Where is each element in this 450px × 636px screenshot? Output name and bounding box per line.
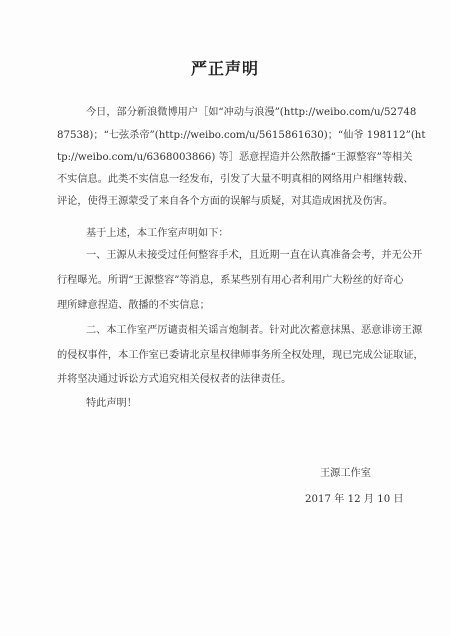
signature-org: 王源工作室: [320, 464, 371, 479]
paragraph-1-line-2: 87538)；“七弦杀帝”(http://weibo.com/u/5615861…: [57, 129, 387, 143]
paragraph-1-line-1: 今日，部分新浪微博用户［如“冲动与浪漫”(http://weibo.com/u/…: [86, 106, 416, 120]
paragraph-1-line-3: tp://weibo.com/u/6368003866) 等］恶意捏造并公然散播…: [57, 151, 387, 165]
paragraph-2-intro: 基于上述，本工作室声明如下：: [86, 227, 416, 241]
point-1-line-3: 理所肆意捏造、散播的不实信息；: [57, 299, 387, 313]
point-2-line-2: 的侵权事件，本工作室已委请北京星权律师事务所全权处理，现已完成公证取证，: [57, 349, 387, 363]
closing-statement: 特此声明！: [86, 397, 416, 411]
point-2-line-3: 并将坚决通过诉讼方式追究相关侵权者的法律责任。: [57, 373, 387, 387]
point-2-line-1: 二、本工作室严厉谴责相关谣言炮制者。针对此次蓄意抹黑、恶意诽谤王源: [86, 324, 416, 338]
paragraph-1-line-4: 不实信息。此类不实信息一经发布，引发了大量不明真相的网络用户相继转载、: [57, 173, 387, 187]
paragraph-1-line-5: 评论，使得王源蒙受了来自各个方面的误解与质疑，对其造成困扰及伤害。: [57, 195, 387, 209]
signature-date: 2017 年 12 月 10 日: [305, 490, 404, 505]
document-title: 严正声明: [0, 56, 450, 79]
point-1-line-2: 行程曝光。所谓“王源整容”等消息，系某些别有用心者利用广大粉丝的好奇心: [57, 274, 387, 288]
statement-page: 严正声明 今日，部分新浪微博用户［如“冲动与浪漫”(http://weibo.c…: [0, 0, 450, 636]
point-1-line-1: 一、王源从未接受过任何整容手术，且近期一直在认真准备会考，并无公开: [86, 249, 416, 263]
